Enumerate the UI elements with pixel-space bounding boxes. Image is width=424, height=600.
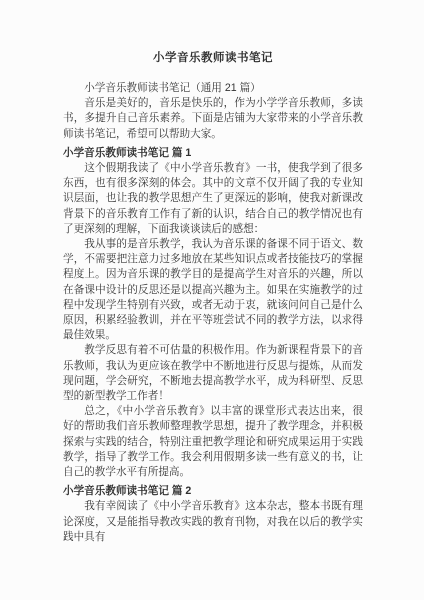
section-1-paragraph-2: 我从事的是音乐教学，我认为音乐课的备课不同于语文、数学，不需要把注意力过多地放在… [63, 237, 363, 343]
section-1-paragraph-3: 教学反思有着不可估量的积极作用。作为新课程背景下的音乐教师，我认为更应该在教学中… [63, 343, 363, 404]
section-2-paragraph-1: 我有幸阅读了《中小学音乐教育》这本杂志，整本书既有理论深度，又是能指导教改实践的… [63, 499, 363, 545]
document-content: 小学音乐教师读书笔记 小学音乐教师读书笔记（通用 21 篇） 音乐是美好的，音乐… [63, 50, 363, 545]
section-1-heading: 小学音乐教师读书笔记 篇 1 [63, 146, 363, 161]
section-2-heading: 小学音乐教师读书笔记 篇 2 [63, 484, 363, 499]
section-1-paragraph-1: 这个假期我读了《中小学音乐教育》一书，使我学到了很多东西，也有很多深刻的体会。其… [63, 161, 363, 237]
document-title: 小学音乐教师读书笔记 [63, 50, 363, 66]
intro-paragraph-1: 小学音乐教师读书笔记（通用 21 篇） [63, 81, 363, 96]
intro-paragraph-2: 音乐是美好的，音乐是快乐的，作为小学学音乐教师，多读书，多提升自己音乐素养。下面… [63, 96, 363, 142]
section-1-paragraph-4: 总之，《中小学音乐教育》以丰富的课堂形式表达出来，很好的帮助我们音乐教师整理教学… [63, 404, 363, 480]
document-page: 小学音乐教师读书笔记 小学音乐教师读书笔记（通用 21 篇） 音乐是美好的，音乐… [0, 0, 424, 600]
